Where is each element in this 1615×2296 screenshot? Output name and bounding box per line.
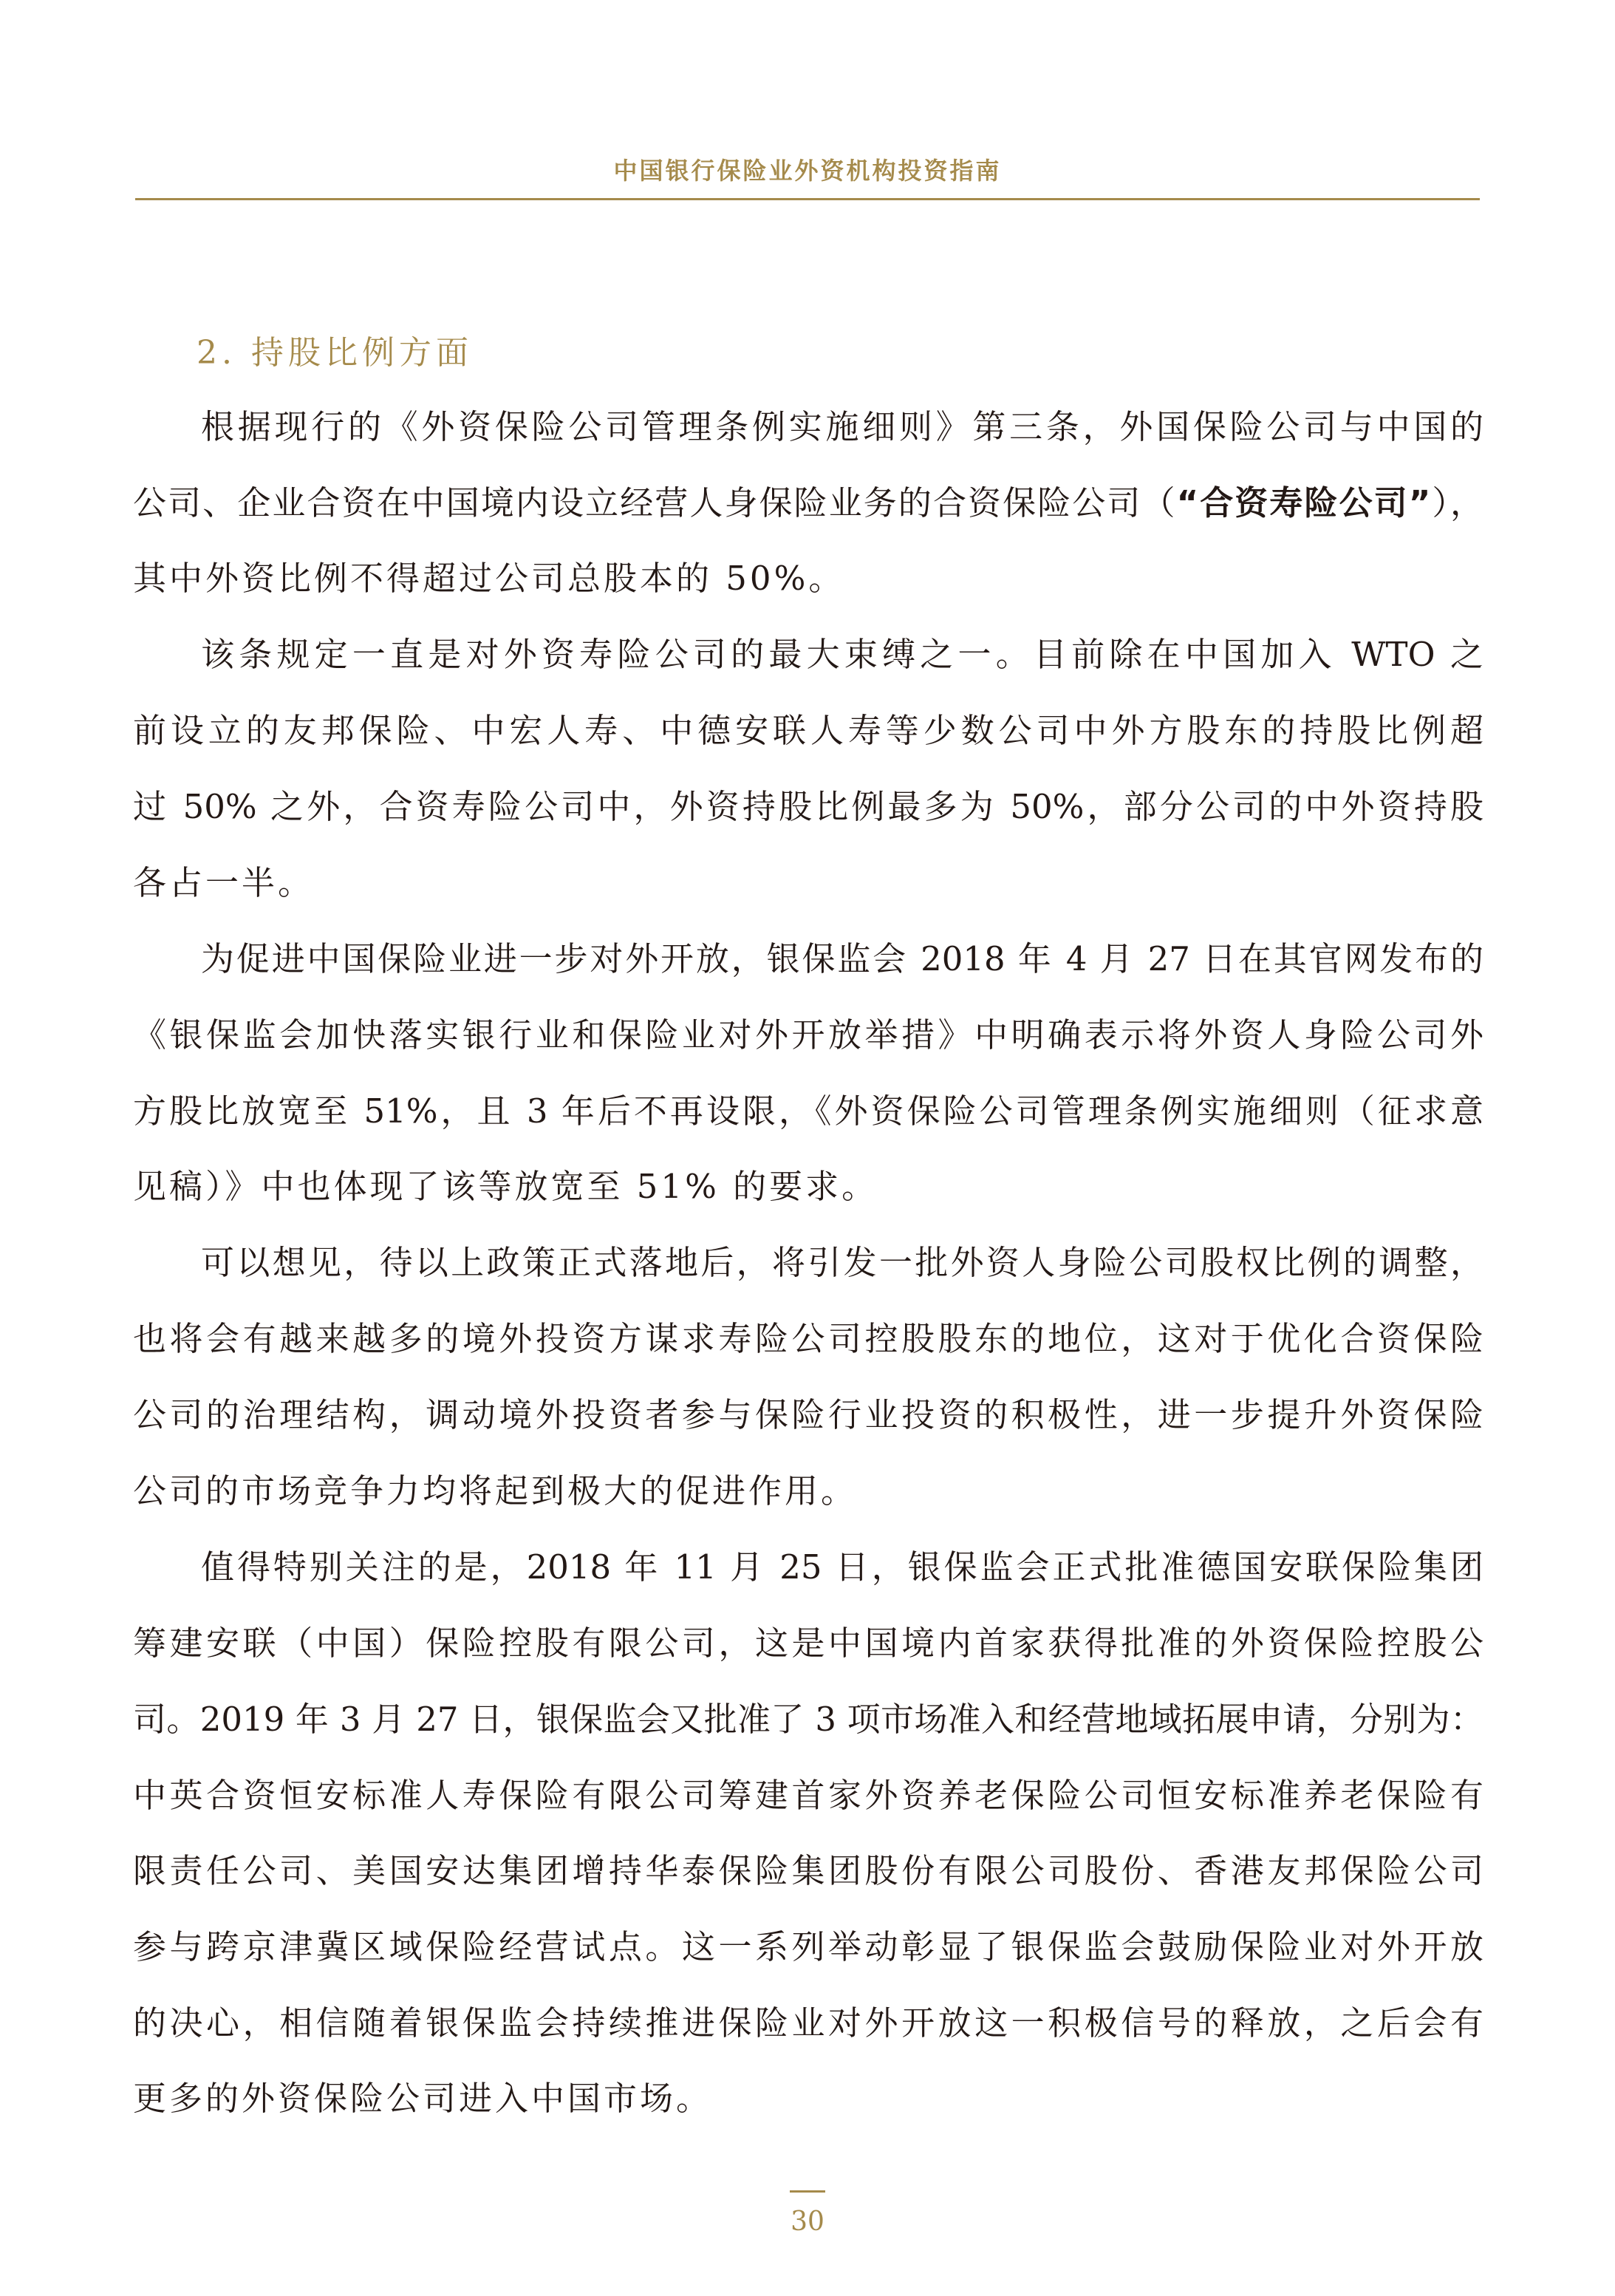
body-line: 更多的外资保险公司进入中国市场。 xyxy=(133,2077,1483,2121)
body-line: 筹建安联（中国）保险控股有限公司，这是中国境内首家获得批准的外资保险控股公 xyxy=(133,1621,1483,1666)
section-heading: 2. 持股比例方面 xyxy=(197,331,473,375)
body-line: 公司、企业合资在中国境内设立经营人身保险业务的合资保险公司（“合资寿险公司”）， xyxy=(133,481,1483,525)
body-line: 公司的市场竞争力均将起到极大的促进作用。 xyxy=(133,1469,1483,1513)
line-text: 公司的市场竞争力均将起到极大的促进作用。 xyxy=(133,1471,857,1510)
line-text: 更多的外资保险公司进入中国市场。 xyxy=(133,2079,712,2118)
line-text: 过 50% 之外，合资寿险公司中，外资持股比例最多为 50%，部分公司的中外资持… xyxy=(133,787,1483,826)
line-text: 为促进中国保险业进一步对外开放，银保监会 2018 年 4 月 27 日在其官网… xyxy=(201,939,1483,978)
page-number: 30 xyxy=(771,2206,844,2238)
body-line: 各占一半。 xyxy=(133,861,1483,905)
body-line: 前设立的友邦保险、中宏人寿、中德安联人寿等少数公司中外方股东的持股比例超 xyxy=(133,709,1483,753)
line-text: 公司、企业合资在中国境内设立经营人身保险业务的合资保险公司（ xyxy=(133,483,1177,522)
body-line: 过 50% 之外，合资寿险公司中，外资持股比例最多为 50%，部分公司的中外资持… xyxy=(133,785,1483,829)
body-line: 为促进中国保险业进一步对外开放，银保监会 2018 年 4 月 27 日在其官网… xyxy=(201,937,1483,981)
document-page: 中国银行保险业外资机构投资指南 2. 持股比例方面 根据现行的《外资保险公司管理… xyxy=(0,0,1615,2296)
page-number-rule xyxy=(790,2190,825,2193)
body-line: 其中外资比例不得超过公司总股本的 50%。 xyxy=(133,556,1483,601)
body-line: 的决心，相信随着银保监会持续推进保险业对外开放这一积极信号的释放，之后会有 xyxy=(133,2001,1483,2045)
line-text: 值得特别关注的是，2018 年 11 月 25 日，银保监会正式批准德国安联保险… xyxy=(201,1547,1483,1587)
line-text: 也将会有越来越多的境外投资方谋求寿险公司控股股东的地位，这对于优化合资保险 xyxy=(133,1319,1483,1358)
bold-term: “合资寿险公司” xyxy=(1177,483,1431,522)
line-text: 公司的治理结构，调动境外投资者参与保险行业投资的积极性，进一步提升外资保险 xyxy=(133,1395,1483,1434)
running-header-title: 中国银行保险业外资机构投资指南 xyxy=(135,152,1480,189)
body-line: 值得特别关注的是，2018 年 11 月 25 日，银保监会正式批准德国安联保险… xyxy=(201,1545,1483,1590)
body-line: 参与跨京津冀区域保险经营试点。这一系列举动彰显了银保监会鼓励保险业对外开放 xyxy=(133,1925,1483,1969)
line-text: 司。2019 年 3 月 27 日，银保监会又批准了 3 项市场准入和经营地域拓… xyxy=(133,1700,1483,1739)
body-line: 方股比放宽至 51%，且 3 年后不再设限，《外资保险公司管理条例实施细则（征求… xyxy=(133,1089,1483,1134)
line-text: 中英合资恒安标准人寿保险有限公司筹建首家外资养老保险公司恒安标准养老保险有 xyxy=(133,1776,1483,1815)
line-text: 限责任公司、美国安达集团增持华泰保险集团股份有限公司股份、香港友邦保险公司 xyxy=(133,1851,1483,1890)
line-text: 前设立的友邦保险、中宏人寿、中德安联人寿等少数公司中外方股东的持股比例超 xyxy=(133,711,1483,750)
line-text: 可以想见，待以上政策正式落地后，将引发一批外资人身险公司股权比例的调整， xyxy=(201,1243,1483,1282)
line-text: 其中外资比例不得超过公司总股本的 50%。 xyxy=(133,559,844,598)
body-line: 司。2019 年 3 月 27 日，银保监会又批准了 3 项市场准入和经营地域拓… xyxy=(133,1697,1483,1742)
line-text: 方股比放宽至 51%，且 3 年后不再设限，《外资保险公司管理条例实施细则（征求… xyxy=(133,1091,1483,1131)
line-text: 筹建安联（中国）保险控股有限公司，这是中国境内首家获得批准的外资保险控股公 xyxy=(133,1624,1483,1663)
body-line: 根据现行的《外资保险公司管理条例实施细则》第三条，外国保险公司与中国的 xyxy=(201,405,1483,449)
body-line: 该条规定一直是对外资寿险公司的最大束缚之一。目前除在中国加入 WTO 之 xyxy=(201,633,1483,677)
body-line: 公司的治理结构，调动境外投资者参与保险行业投资的积极性，进一步提升外资保险 xyxy=(133,1393,1483,1437)
line-text: 根据现行的《外资保险公司管理条例实施细则》第三条，外国保险公司与中国的 xyxy=(201,407,1483,446)
line-text: 该条规定一直是对外资寿险公司的最大束缚之一。目前除在中国加入 WTO 之 xyxy=(201,635,1483,674)
line-text: 的决心，相信随着银保监会持续推进保险业对外开放这一积极信号的释放，之后会有 xyxy=(133,2003,1483,2043)
line-text: 参与跨京津冀区域保险经营试点。这一系列举动彰显了银保监会鼓励保险业对外开放 xyxy=(133,1927,1483,1966)
body-line: 见稿）》中也体现了该等放宽至 51% 的要求。 xyxy=(133,1165,1483,1209)
line-text: 《银保监会加快落实银行业和保险业对外开放举措》中明确表示将外资人身险公司外 xyxy=(133,1015,1483,1055)
body-line: 可以想见，待以上政策正式落地后，将引发一批外资人身险公司股权比例的调整， xyxy=(201,1241,1483,1285)
line-text: 见稿）》中也体现了该等放宽至 51% 的要求。 xyxy=(133,1167,878,1206)
body-line: 中英合资恒安标准人寿保险有限公司筹建首家外资养老保险公司恒安标准养老保险有 xyxy=(133,1774,1483,1818)
body-line: 《银保监会加快落实银行业和保险业对外开放举措》中明确表示将外资人身险公司外 xyxy=(133,1013,1483,1057)
line-text: ）， xyxy=(1430,483,1483,522)
body-line: 也将会有越来越多的境外投资方谋求寿险公司控股股东的地位，这对于优化合资保险 xyxy=(133,1317,1483,1361)
header-divider xyxy=(135,198,1480,200)
body-line: 限责任公司、美国安达集团增持华泰保险集团股份有限公司股份、香港友邦保险公司 xyxy=(133,1849,1483,1893)
line-text: 各占一半。 xyxy=(133,863,314,902)
